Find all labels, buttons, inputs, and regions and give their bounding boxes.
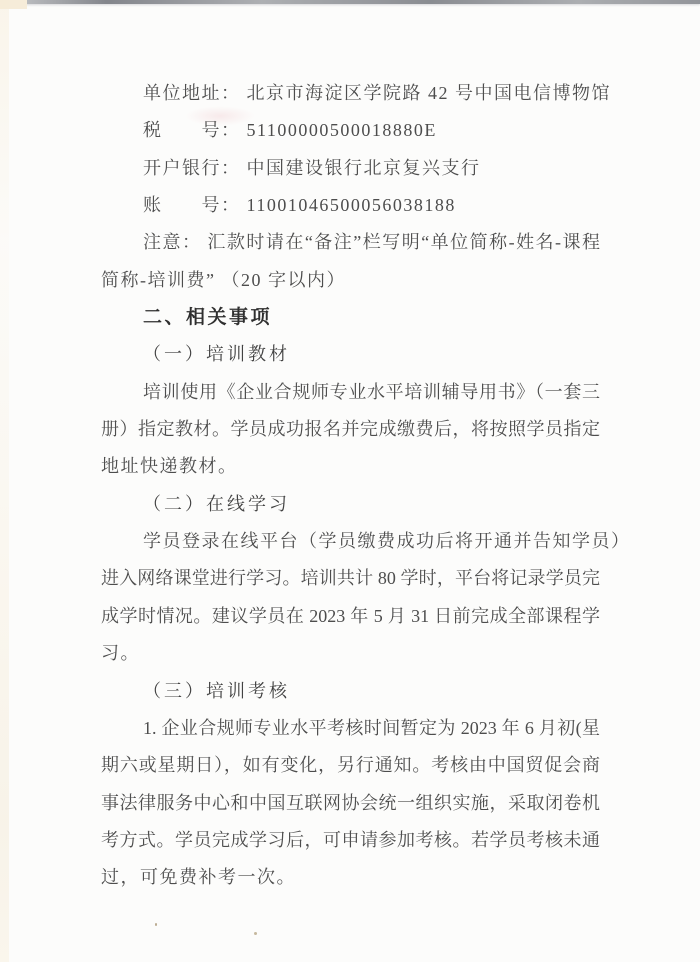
scan-left-edge-artifact [0,0,9,962]
scan-speck [155,923,157,926]
line-assessment-3: 事法律服务中心和中国互联网协会统一组织实施，采取闭卷机 [101,785,600,822]
line-assessment-4: 考方式。学员完成学习后，可申请参加考核。若学员考核未通 [101,822,600,859]
line-materials-1: 培训使用《企业合规师专业水平培训辅导用书》（一套三 [101,374,600,411]
scan-top-edge-artifact [26,0,700,4]
line-bank-name: 开户银行： 中国建设银行北京复兴支行 [101,150,600,187]
line-unit-address: 单位地址： 北京市海淀区学院路 42 号中国电信博物馆 [101,75,600,112]
subheading-training-assessment: （三）培训考核 [101,673,600,710]
subheading-training-materials: （一）培训教材 [101,336,600,373]
line-learning-3: 成学时情况。建议学员在 2023 年 5 月 31 日前完成全部课程学 [101,598,600,635]
document-body: 单位地址： 北京市海淀区学院路 42 号中国电信博物馆 税 号： 5110000… [101,75,600,897]
line-learning-2: 进入网络课堂进行学习。培训共计 80 学时，平台将记录学员完 [101,560,600,597]
line-learning-4: 习。 [101,635,600,672]
subheading-online-learning: （二）在线学习 [101,486,600,523]
line-remittance-note-1: 注意： 汇款时请在“备注”栏写明“单位简称-姓名-课程 [101,224,600,261]
document-page: 单位地址： 北京市海淀区学院路 42 号中国电信博物馆 税 号： 5110000… [0,0,700,962]
line-tax-number: 税 号： 51100000500018880E [101,112,600,149]
heading-related-matters: 二、相关事项 [101,299,600,336]
line-learning-1: 学员登录在线平台（学员缴费成功后将开通并告知学员） [101,523,600,560]
line-account-number: 账 号： 11001046500056038188 [101,187,600,224]
line-materials-3: 地址快递教材。 [101,448,600,485]
line-assessment-5: 过，可免费补考一次。 [101,859,600,896]
line-assessment-1: 1. 企业合规师专业水平考核时间暂定为 2023 年 6 月初(星 [101,710,600,747]
line-remittance-note-2: 简称-培训费” （20 字以内） [101,262,600,299]
line-assessment-2: 期六或星期日），如有变化，另行通知。考核由中国贸促会商 [101,747,600,784]
scan-speck [254,932,257,935]
line-materials-2: 册）指定教材。学员成功报名并完成缴费后，将按照学员指定 [101,411,600,448]
